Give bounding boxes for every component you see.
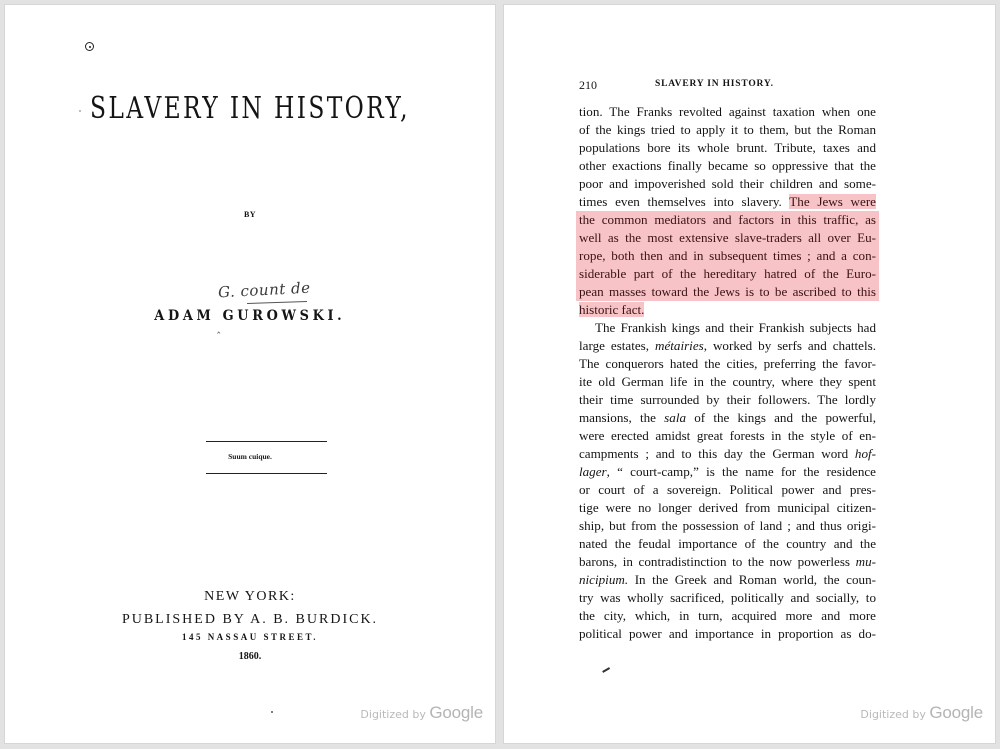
scan-speck bbox=[271, 711, 273, 713]
italic-term: hof- bbox=[855, 446, 876, 461]
page-body-text: tion. The Franks revolted against taxati… bbox=[579, 103, 876, 643]
line-text: of the kings and the powerful, bbox=[686, 410, 876, 425]
imprint-street: 145 NASSAU STREET. bbox=[5, 632, 495, 642]
text-line: nicipium. In the Greek and Roman world, … bbox=[579, 571, 876, 589]
line-text: were erected amidst great forests in the… bbox=[579, 428, 876, 443]
highlighted-text: siderable part of the hereditary hatred … bbox=[579, 266, 876, 281]
imprint-publisher: PUBLISHED BY A. B. BURDICK. bbox=[5, 612, 495, 628]
book-title: SLAVERY IN HISTORY, bbox=[59, 91, 441, 126]
text-line: siderable part of the hereditary hatred … bbox=[576, 265, 879, 283]
google-logo-text: Google bbox=[929, 703, 983, 722]
handwritten-underline bbox=[247, 301, 307, 304]
text-line: poor and impoverished sold their childre… bbox=[579, 175, 876, 193]
line-text: ship, but from the possession of land ; … bbox=[579, 518, 876, 533]
line-text: campments ; and to this day the German w… bbox=[579, 446, 855, 461]
text-line: try was wholly sacrificed, politically a… bbox=[579, 589, 876, 607]
text-line: barons, in contradistinction to the now … bbox=[579, 553, 876, 571]
line-text: nated the feudal importance of the count… bbox=[579, 536, 876, 551]
author-name: ADAM GUROWSKI. bbox=[154, 308, 345, 324]
highlighted-text: pean masses toward the Jews is to be asc… bbox=[579, 284, 876, 299]
text-line: their time surrounded by their followers… bbox=[579, 391, 876, 409]
digitized-by-google-watermark: Digitized by Google bbox=[860, 703, 983, 723]
line-text: poor and impoverished sold their childre… bbox=[579, 176, 876, 191]
imprint-year: 1860. bbox=[5, 651, 495, 662]
circled-dot-mark-icon bbox=[85, 42, 94, 51]
scan-speck bbox=[79, 110, 81, 112]
text-line: ite old German life in the country, wher… bbox=[579, 373, 876, 391]
text-line: were erected amidst great forests in the… bbox=[579, 427, 876, 445]
line-text: times even themselves into slavery. bbox=[579, 194, 789, 209]
by-line: BY bbox=[5, 210, 495, 219]
line-text: The Frankish kings and their Frankish su… bbox=[595, 320, 876, 335]
line-text: of the kings tried to apply it to them, … bbox=[579, 122, 876, 137]
line-text: In the Greek and Roman world, the coun- bbox=[628, 572, 876, 587]
line-text: The conquerors hated the cities, preferr… bbox=[579, 356, 876, 371]
text-line: tige were no longer derived from municip… bbox=[579, 499, 876, 517]
text-line: The conquerors hated the cities, preferr… bbox=[579, 355, 876, 373]
italic-term: lager bbox=[579, 464, 607, 479]
line-text: try was wholly sacrificed, politically a… bbox=[579, 590, 876, 605]
motto-rule-top bbox=[206, 441, 327, 442]
highlighted-text: The Jews were bbox=[789, 194, 876, 209]
highlighted-text: the common mediators and factors in this… bbox=[579, 212, 876, 227]
text-line: or court of a sovereign. Political power… bbox=[579, 481, 876, 499]
text-line: populations bore its whole brunt. Tribut… bbox=[579, 139, 876, 157]
text-line: of the kings tried to apply it to them, … bbox=[579, 121, 876, 139]
text-line: large estates, métairies, worked by serf… bbox=[579, 337, 876, 355]
line-text: or court of a sovereign. Political power… bbox=[579, 482, 876, 497]
text-line: mansions, the sala of the kings and the … bbox=[579, 409, 876, 427]
motto: Suum cuique. bbox=[5, 452, 495, 461]
italic-term: sala bbox=[664, 410, 686, 425]
text-line: campments ; and to this day the German w… bbox=[579, 445, 876, 463]
line-text: tion. The Franks revolted against taxati… bbox=[579, 104, 876, 119]
running-title: SLAVERY IN HISTORY. bbox=[655, 79, 774, 89]
line-text: populations bore its whole brunt. Tribut… bbox=[579, 140, 876, 155]
text-line: the city, which, in turn, acquired more … bbox=[579, 607, 876, 625]
line-text: other exactions finally became so oppres… bbox=[579, 158, 876, 173]
handwritten-annotation: G. count de bbox=[218, 279, 311, 302]
digitized-by-google-watermark: Digitized by Google bbox=[360, 703, 483, 723]
italic-term: mu- bbox=[856, 554, 876, 569]
text-line: political power and importance in propor… bbox=[579, 625, 876, 643]
text-line: lager, “ court-camp,” is the name for th… bbox=[579, 463, 876, 481]
text-line: times even themselves into slavery. The … bbox=[579, 193, 876, 211]
line-text: large estates, bbox=[579, 338, 655, 353]
line-text: their time surrounded by their followers… bbox=[579, 392, 876, 407]
page-number: 210 bbox=[579, 78, 597, 93]
text-line: other exactions finally became so oppres… bbox=[579, 157, 876, 175]
line-text: tige were no longer derived from municip… bbox=[579, 500, 876, 515]
text-line: nated the feudal importance of the count… bbox=[579, 535, 876, 553]
line-text: political power and importance in propor… bbox=[579, 626, 876, 641]
motto-rule-bottom bbox=[206, 473, 327, 474]
highlighted-text: well as the most extensive slave-traders… bbox=[579, 230, 876, 245]
text-page: 210 SLAVERY IN HISTORY. tion. The Franks… bbox=[503, 4, 996, 744]
text-line: the common mediators and factors in this… bbox=[576, 211, 879, 229]
author-block: ADAM GUROWSKI. bbox=[5, 307, 495, 325]
text-line: The Frankish kings and their Frankish su… bbox=[579, 319, 876, 337]
line-text: the city, which, in turn, acquired more … bbox=[579, 608, 876, 623]
line-text: , worked by serfs and chattels. bbox=[704, 338, 876, 353]
watermark-prefix: Digitized by bbox=[360, 708, 425, 721]
google-logo-text: Google bbox=[429, 703, 483, 722]
italic-term: nicipium. bbox=[579, 572, 628, 587]
text-line: historic fact. bbox=[579, 301, 876, 319]
text-line: tion. The Franks revolted against taxati… bbox=[579, 103, 876, 121]
title-page: SLAVERY IN HISTORY, BY G. count de ‸ ADA… bbox=[4, 4, 496, 744]
line-text: barons, in contradistinction to the now … bbox=[579, 554, 856, 569]
text-line: rope, both then and in subsequent times … bbox=[576, 247, 879, 265]
line-text: mansions, the bbox=[579, 410, 664, 425]
text-line: ship, but from the possession of land ; … bbox=[579, 517, 876, 535]
watermark-prefix: Digitized by bbox=[860, 708, 925, 721]
text-line: well as the most extensive slave-traders… bbox=[576, 229, 879, 247]
pen-stroke-mark bbox=[602, 667, 610, 672]
imprint-city: NEW YORK: bbox=[5, 589, 495, 605]
text-line: pean masses toward the Jews is to be asc… bbox=[576, 283, 879, 301]
line-text: ite old German life in the country, wher… bbox=[579, 374, 876, 389]
highlighted-text: rope, both then and in subsequent times … bbox=[579, 248, 876, 263]
line-text: , “ court-camp,” is the name for the res… bbox=[607, 464, 876, 479]
highlighted-text: historic fact. bbox=[579, 302, 644, 317]
italic-term: métairies bbox=[655, 338, 704, 353]
